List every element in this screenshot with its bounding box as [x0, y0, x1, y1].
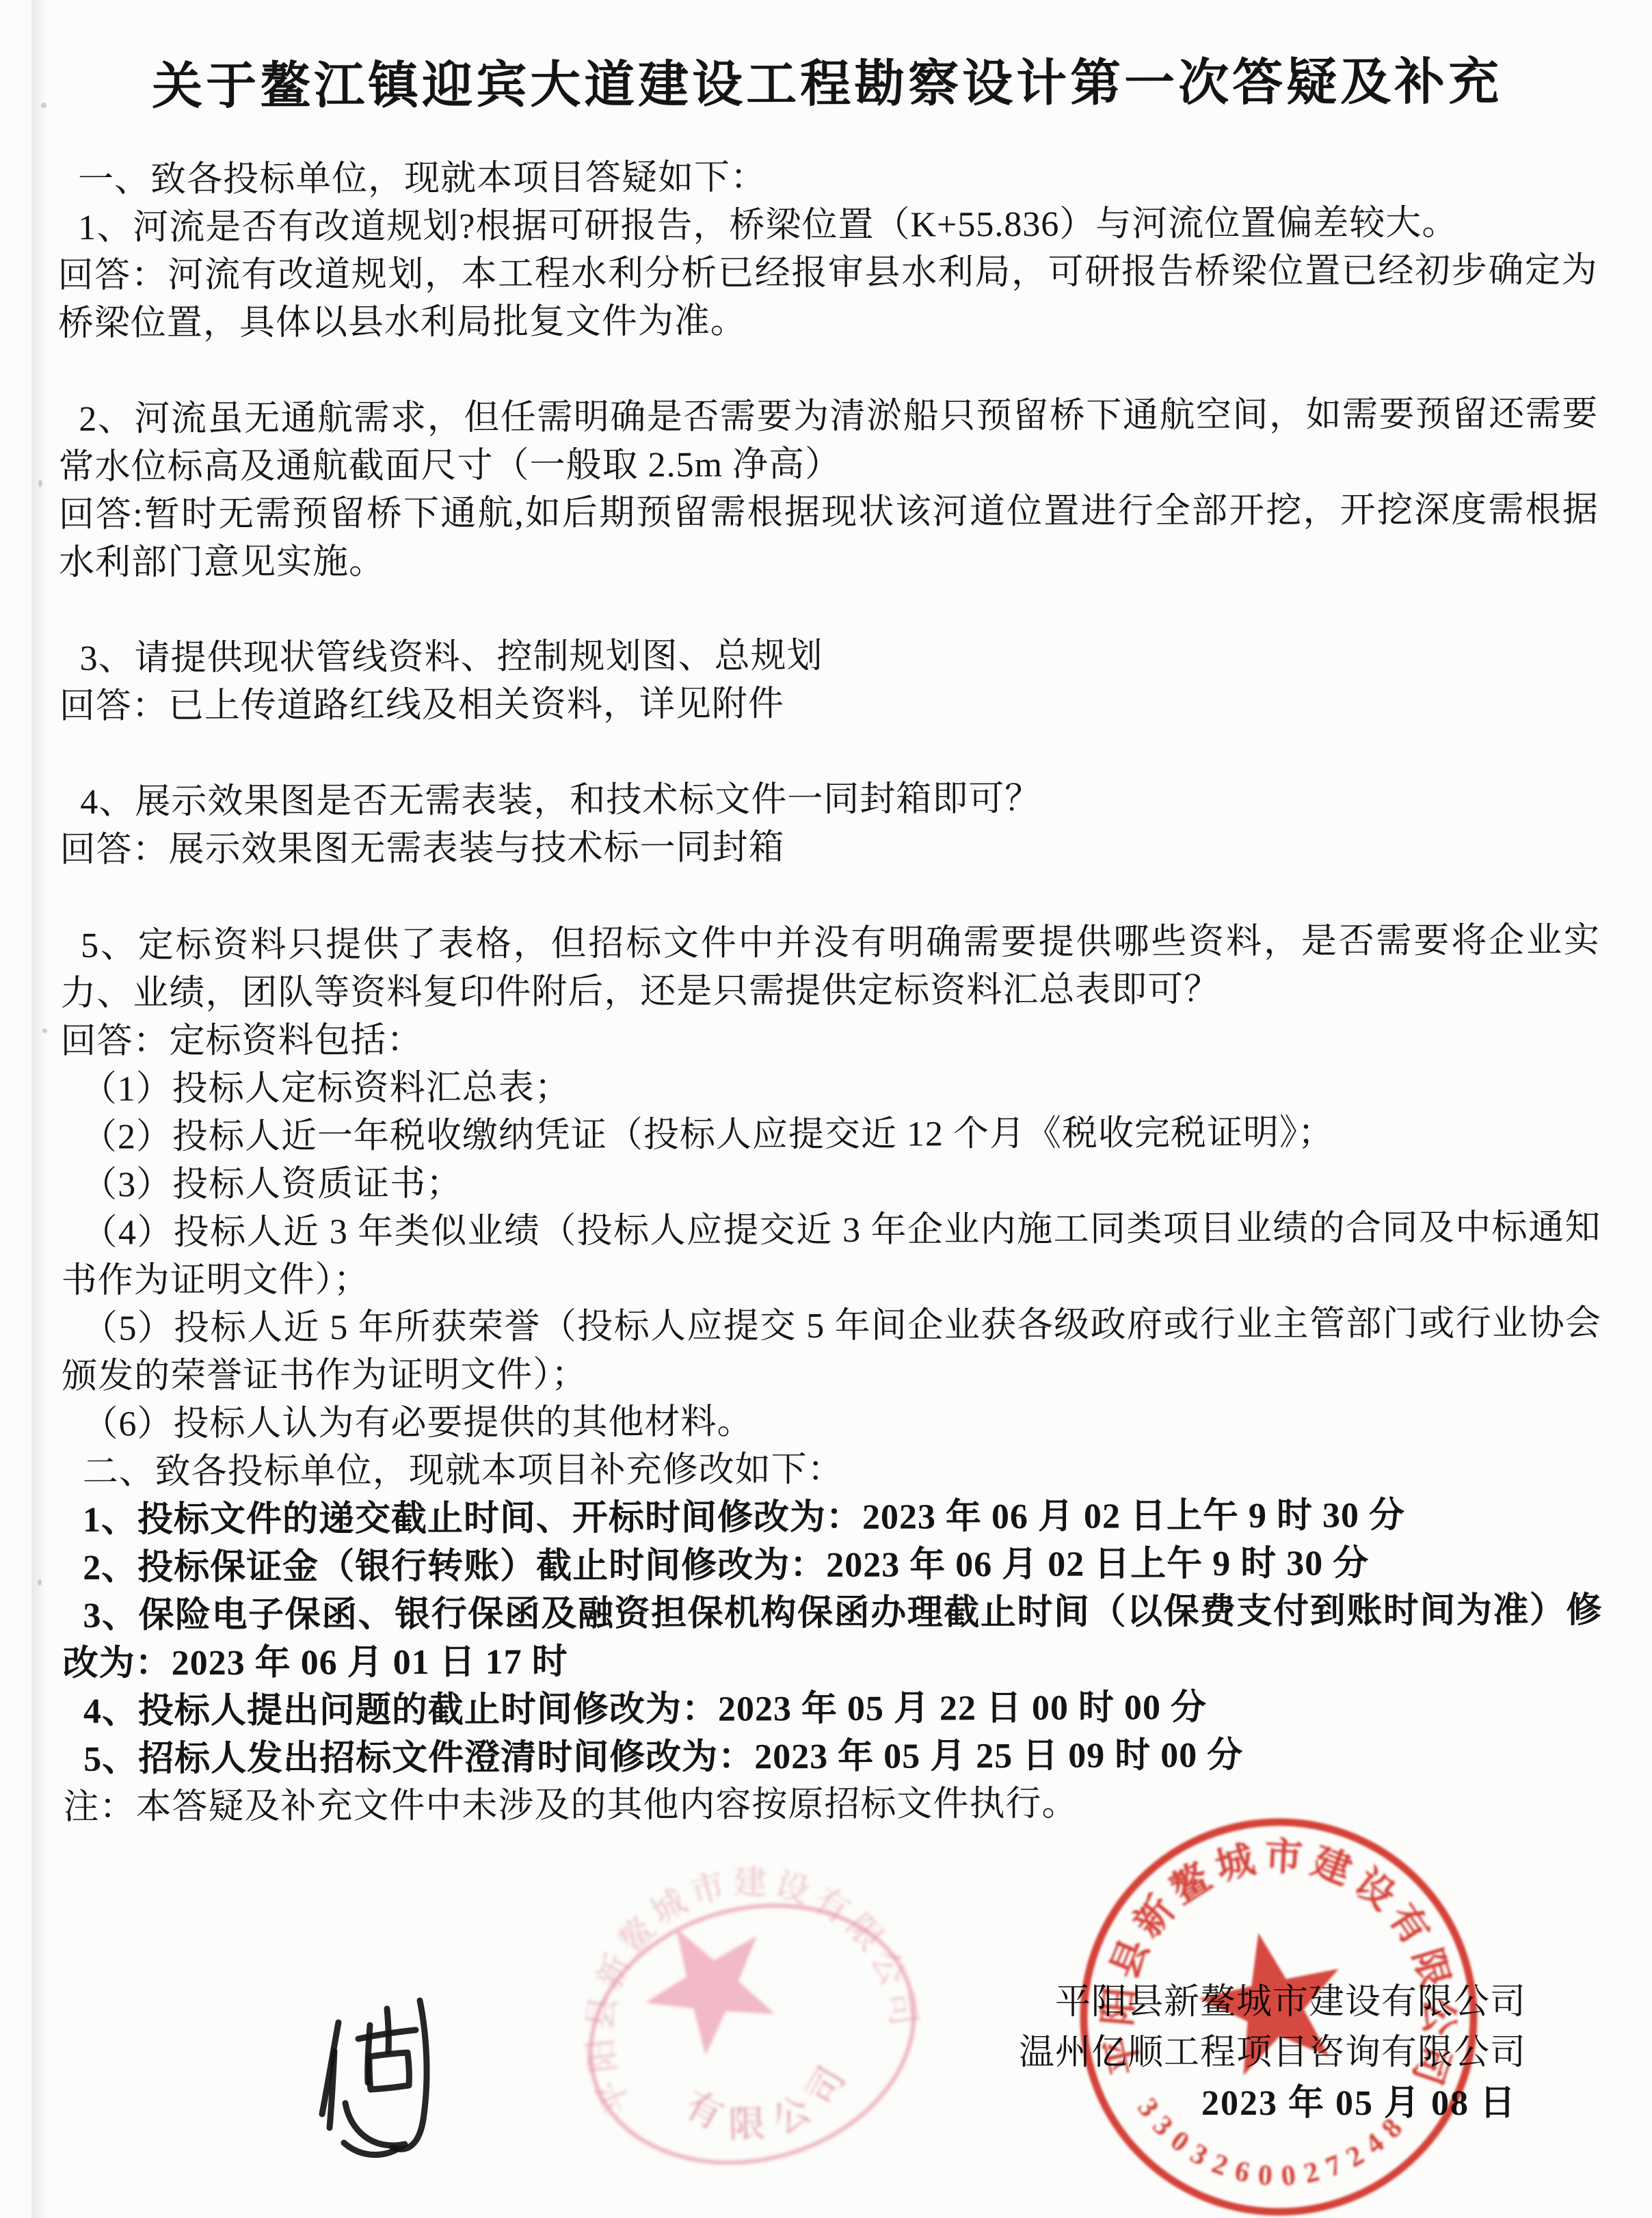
paragraph-q5: 5、定标资料只提供了表格，但招标文件中并没有明确需要提供哪些资料，是否需要将企业…: [60, 917, 1600, 1018]
paragraph-s2-item4: 4、投标人提出问题的截止时间修改为：2023 年 05 月 22 日 00 时 …: [63, 1683, 1603, 1736]
star-icon: [628, 1908, 784, 2067]
paragraph-a5-item1: （1）投标人定标资料汇总表；: [61, 1060, 1601, 1114]
paragraph-a5-item2: （2）投标人近一年税收缴纳凭证（投标人应提交近 12 个月《税收完税证明》；: [61, 1108, 1601, 1162]
paragraph-a4: 回答：展示效果图无需表装与技术标一同封箱: [59, 821, 1599, 874]
scan-speck: [38, 1579, 42, 1586]
scan-speck: [42, 1028, 47, 1033]
page-title: 关于鳌江镇迎宾大道建设工程勘察设计第一次答疑及补充: [57, 51, 1597, 119]
signoff-company-1: 平阳县新鳌城市建设有限公司: [1019, 1977, 1526, 2028]
signoff-company-2: 温州亿顺工程项目咨询有限公司: [1019, 2028, 1526, 2079]
paragraph-s2-item5: 5、招标人发出招标文件澄清时间修改为：2023 年 05 月 25 日 09 时…: [63, 1731, 1603, 1784]
paragraph-q1: 1、河流是否有改道规划?根据可研报告，桥梁位置（K+55.836）与河流位置偏差…: [57, 199, 1597, 252]
paragraph-q4: 4、展示效果图是否无需表装，和技术标文件一同封箱即可？: [59, 773, 1599, 827]
paragraph-s2-item1: 1、投标文件的递交截止时间、开标时间修改为：2023 年 06 月 02 日上午…: [62, 1491, 1602, 1545]
paragraph-a5-item6: （6）投标人认为有必要提供的其他材料。: [62, 1395, 1601, 1449]
pink-seal-arc-text: 平阳县新鳌城市建设有限公司: [539, 1822, 929, 2121]
paragraph-a5-item5: （5）投标人近 5 年所获荣誉（投标人应提交 5 年间企业获各级政府或行业主管部…: [62, 1300, 1601, 1401]
scan-speck: [38, 480, 42, 487]
signoff-date: 2023 年 05 月 08 日: [1019, 2079, 1526, 2129]
paragraph-note: 注：本答疑及补充文件中未涉及的其他内容按原招标文件执行。: [63, 1778, 1603, 1832]
paragraph-q3: 3、请提供现状管线资料、控制规划图、总规划: [59, 630, 1599, 683]
paragraph-intro-1: 一、致各投标单位，现就本项目答疑如下：: [57, 151, 1597, 204]
document-body: 关于鳌江镇迎宾大道建设工程勘察设计第一次答疑及补充 一、致各投标单位，现就本项目…: [57, 51, 1603, 1831]
paragraph-a5-item3: （3）投标人资质证书；: [61, 1156, 1601, 1210]
company-seal-pink: 平阳县新鳌城市建设有限公司 有限公司: [539, 1822, 952, 2202]
paragraph-a3: 回答：已上传道路红线及相关资料，详见附件: [59, 678, 1599, 731]
paragraph-a1: 回答：河流有改道规划，本工程水利分析已经报审县水利局，可研报告桥梁位置已经初步确…: [57, 247, 1597, 348]
scanned-document-page: 关于鳌江镇迎宾大道建设工程勘察设计第一次答疑及补充 一、致各投标单位，现就本项目…: [0, 0, 1652, 2218]
signoff-block: 平阳县新鳌城市建设有限公司 温州亿顺工程项目咨询有限公司 2023 年 05 月…: [1019, 1977, 1526, 2129]
paragraph-a5-item4: （4）投标人近 3 年类似业绩（投标人应提交近 3 年企业内施工同类项目业绩的合…: [61, 1204, 1601, 1305]
paragraph-q2: 2、河流虽无通航需求，但任需明确是否需要为清淤船只预留桥下通航空间，如需要预留还…: [58, 390, 1598, 492]
paragraph-a2: 回答:暂时无需预留桥下通航,如后期预留需根据现状该河道位置进行全部开挖，开挖深度…: [59, 486, 1599, 587]
scan-edge-shadow: [31, 0, 46, 2218]
paragraph-intro-2: 二、致各投标单位，现就本项目补充修改如下：: [62, 1443, 1602, 1497]
paragraph-a5: 回答：定标资料包括：: [60, 1013, 1600, 1066]
paragraph-s2-item2: 2、投标保证金（银行转账）截止时间修改为：2023 年 06 月 02 日上午 …: [62, 1539, 1602, 1592]
paragraph-s2-item3: 3、保险电子保函、银行保函及融资担保机构保函办理截止时间（以保费支付到账时间为准…: [62, 1587, 1602, 1688]
scan-speck: [41, 103, 46, 108]
pink-seal-fragment-text: 有限公司: [669, 2039, 875, 2169]
handwritten-signature: [322, 2001, 427, 2155]
